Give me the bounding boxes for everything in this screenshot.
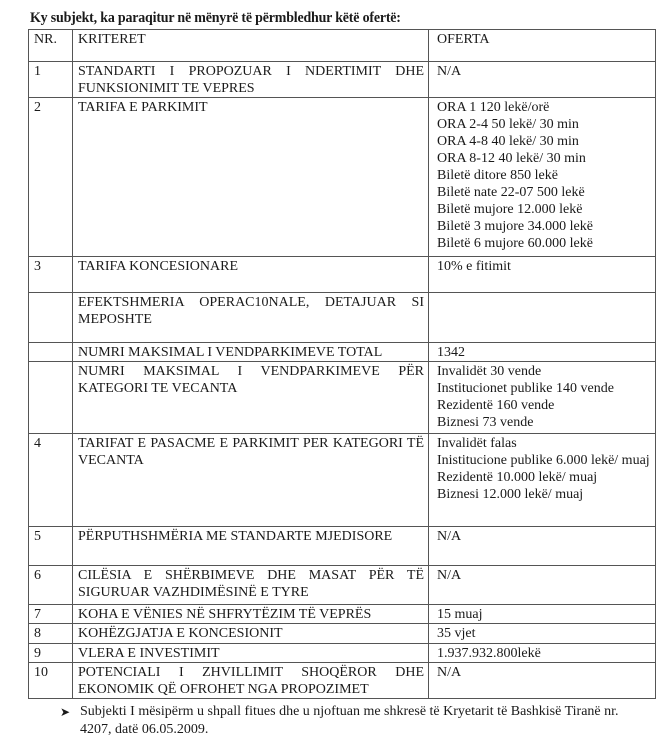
table-row: 7KOHA E VËNIES NË SHFRYTËZIM TË VEPRËS15… bbox=[29, 605, 656, 624]
result-note: ➤ Subjekti I mësipërm u shpall fitues dh… bbox=[80, 703, 640, 739]
offer-line: ORA 8-12 40 lekë/ 30 min bbox=[437, 150, 651, 167]
row-criteria: EFEKTSHMERIA OPERAC10NALE, DETAJUAR SI M… bbox=[73, 293, 429, 343]
offer-line: Biletë mujore 12.000 lekë bbox=[437, 201, 651, 218]
row-criteria: KOHËZGJATJA E KONCESIONIT bbox=[73, 624, 429, 644]
row-criteria: CILËSIA E SHËRBIMEVE DHE MASAT PËR TË SI… bbox=[73, 566, 429, 605]
row-offer: 1342 bbox=[429, 343, 656, 362]
row-criteria: KOHA E VËNIES NË SHFRYTËZIM TË VEPRËS bbox=[73, 605, 429, 624]
offer-line: Biletë nate 22-07 500 lekë bbox=[437, 184, 651, 201]
table-row: NUMRI MAKSIMAL I VENDPARKIMEVE PËR KATEG… bbox=[29, 362, 656, 434]
row-criteria: NUMRI MAKSIMAL I VENDPARKIMEVE PËR KATEG… bbox=[73, 362, 429, 434]
header-criteria: KRITERET bbox=[73, 30, 429, 62]
row-offer: ORA 1 120 lekë/orëORA 2-4 50 lekë/ 30 mi… bbox=[429, 98, 656, 257]
row-number: 8 bbox=[29, 624, 73, 644]
offer-line: Biletë ditore 850 lekë bbox=[437, 167, 651, 184]
header-nr: NR. bbox=[29, 30, 73, 62]
offer-line: Inistitucione publike 6.000 lekë/ muaj bbox=[437, 452, 651, 469]
table-row: 5PËRPUTHSHMËRIA ME STANDARTE MJEDISOREN/… bbox=[29, 527, 656, 566]
offer-line: N/A bbox=[437, 664, 651, 681]
table-row: EFEKTSHMERIA OPERAC10NALE, DETAJUAR SI M… bbox=[29, 293, 656, 343]
row-offer: N/A bbox=[429, 663, 656, 699]
row-offer: 1.937.932.800lekë bbox=[429, 644, 656, 663]
row-criteria: POTENCIALI I ZHVILLIMIT SHOQËROR DHE EKO… bbox=[73, 663, 429, 699]
row-criteria: STANDARTI I PROPOZUAR I NDERTIMIT DHE FU… bbox=[73, 62, 429, 98]
row-number: 3 bbox=[29, 257, 73, 293]
row-number: 10 bbox=[29, 663, 73, 699]
row-offer: N/A bbox=[429, 566, 656, 605]
offer-line: Biznesi 73 vende bbox=[437, 414, 651, 431]
row-number: 2 bbox=[29, 98, 73, 257]
row-number: 6 bbox=[29, 566, 73, 605]
offer-line: Rezidentë 10.000 lekë/ muaj bbox=[437, 469, 651, 486]
row-criteria: TARIFA KONCESIONARE bbox=[73, 257, 429, 293]
row-number bbox=[29, 343, 73, 362]
offer-line: Biletë 3 mujore 34.000 lekë bbox=[437, 218, 651, 235]
offer-line: Institucionet publike 140 vende bbox=[437, 380, 651, 397]
row-criteria: PËRPUTHSHMËRIA ME STANDARTE MJEDISORE bbox=[73, 527, 429, 566]
offer-line: 1.937.932.800lekë bbox=[437, 645, 651, 662]
offer-line: ORA 2-4 50 lekë/ 30 min bbox=[437, 116, 651, 133]
row-number: 1 bbox=[29, 62, 73, 98]
offer-line: N/A bbox=[437, 63, 651, 80]
offer-line: 1342 bbox=[437, 344, 651, 361]
row-offer: N/A bbox=[429, 527, 656, 566]
row-number: 4 bbox=[29, 434, 73, 527]
row-offer: Invalidët falasInistitucione publike 6.0… bbox=[429, 434, 656, 527]
table-row: 8KOHËZGJATJA E KONCESIONIT35 vjet bbox=[29, 624, 656, 644]
table-row: NUMRI MAKSIMAL I VENDPARKIMEVE TOTAL1342 bbox=[29, 343, 656, 362]
row-criteria: NUMRI MAKSIMAL I VENDPARKIMEVE TOTAL bbox=[73, 343, 429, 362]
row-number: 7 bbox=[29, 605, 73, 624]
arrowhead-bullet-icon: ➤ bbox=[60, 703, 70, 721]
row-offer bbox=[429, 293, 656, 343]
offer-line: 10% e fitimit bbox=[437, 258, 651, 275]
offer-line: Invalidët 30 vende bbox=[437, 363, 651, 380]
row-number: 5 bbox=[29, 527, 73, 566]
offer-line: Biletë 6 mujore 60.000 lekë bbox=[437, 235, 651, 252]
table-row: 2TARIFA E PARKIMITORA 1 120 lekë/orëORA … bbox=[29, 98, 656, 257]
offer-line: N/A bbox=[437, 567, 651, 584]
row-offer: 15 muaj bbox=[429, 605, 656, 624]
offer-line: N/A bbox=[437, 528, 651, 545]
table-row: 9VLERA E INVESTIMIT1.937.932.800lekë bbox=[29, 644, 656, 663]
row-number: 9 bbox=[29, 644, 73, 663]
table-row: 3TARIFA KONCESIONARE10% e fitimit bbox=[29, 257, 656, 293]
table-header-row: NR. KRITERET OFERTA bbox=[29, 30, 656, 62]
offer-line: ORA 1 120 lekë/orë bbox=[437, 99, 651, 116]
table-row: 6CILËSIA E SHËRBIMEVE DHE MASAT PËR TË S… bbox=[29, 566, 656, 605]
row-offer: N/A bbox=[429, 62, 656, 98]
row-number bbox=[29, 362, 73, 434]
row-offer: 35 vjet bbox=[429, 624, 656, 644]
page-heading: Ky subjekt, ka paraqitur në mënyrë të pë… bbox=[30, 10, 401, 27]
table-row: 1STANDARTI I PROPOZUAR I NDERTIMIT DHE F… bbox=[29, 62, 656, 98]
row-criteria: VLERA E INVESTIMIT bbox=[73, 644, 429, 663]
offer-line: ORA 4-8 40 lekë/ 30 min bbox=[437, 133, 651, 150]
row-offer: 10% e fitimit bbox=[429, 257, 656, 293]
table-row: 4TARIFAT E PASACME E PARKIMIT PER KATEGO… bbox=[29, 434, 656, 527]
offer-line: 35 vjet bbox=[437, 625, 651, 642]
row-criteria: TARIFA E PARKIMIT bbox=[73, 98, 429, 257]
header-offer: OFERTA bbox=[429, 30, 656, 62]
table-row: 10POTENCIALI I ZHVILLIMIT SHOQËROR DHE E… bbox=[29, 663, 656, 699]
offer-line: Invalidët falas bbox=[437, 435, 651, 452]
row-offer: Invalidët 30 vendeInstitucionet publike … bbox=[429, 362, 656, 434]
note-text: Subjekti I mësipërm u shpall fitues dhe … bbox=[80, 704, 619, 737]
row-number bbox=[29, 293, 73, 343]
row-criteria: TARIFAT E PASACME E PARKIMIT PER KATEGOR… bbox=[73, 434, 429, 527]
offer-line: Rezidentë 160 vende bbox=[437, 397, 651, 414]
offer-summary-table: NR. KRITERET OFERTA 1STANDARTI I PROPOZU… bbox=[28, 29, 656, 699]
offer-line: 15 muaj bbox=[437, 606, 651, 623]
offer-line: Biznesi 12.000 lekë/ muaj bbox=[437, 486, 651, 503]
